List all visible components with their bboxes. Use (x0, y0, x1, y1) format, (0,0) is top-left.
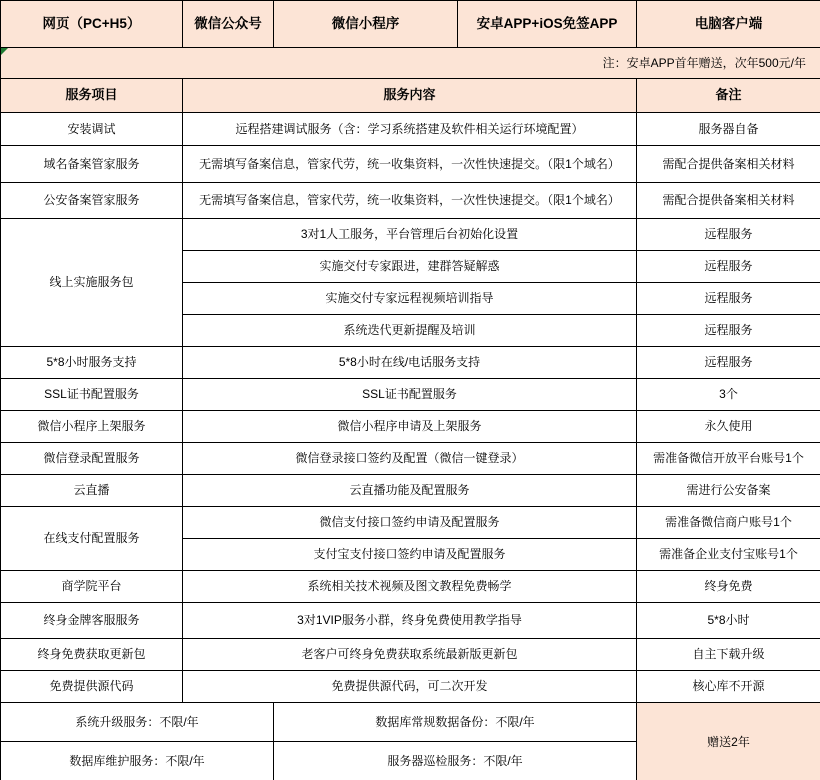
service-remark-cell: 终身免费 (637, 571, 820, 603)
platform-wechat-official: 微信公众号 (183, 1, 274, 48)
service-item-cell: 终身金牌客服服务 (1, 603, 183, 639)
column-header-row: 服务项目 服务内容 备注 (1, 79, 820, 113)
table-row: 公安备案管家服务 无需填写备案信息，管家代劳，统一收集资料，一次性快速提交。（限… (1, 183, 820, 219)
col-header-remark: 备注 (637, 79, 820, 113)
service-remark-cell: 需进行公安备案 (637, 475, 820, 507)
note-row: 注：安卓APP首年赠送，次年500元/年 (1, 48, 820, 79)
table-row: 安装调试 远程搭建调试服务（含：学习系统搭建及软件相关运行环境配置） 服务器自备 (1, 113, 820, 146)
service-remark-cell: 需准备微信开放平台账号1个 (637, 443, 820, 475)
service-remark-cell: 远程服务 (637, 219, 820, 251)
table-row: 终身免费获取更新包 老客户可终身免费获取系统最新版更新包 自主下载升级 (1, 639, 820, 671)
service-item-cell: 商学院平台 (1, 571, 183, 603)
service-content-cell: 实施交付专家远程视频培训指导 (183, 283, 637, 315)
service-table-sheet: 网页（PC+H5） 微信公众号 微信小程序 安卓APP+iOS免签APP 电脑客… (0, 0, 820, 780)
table-row: SSL证书配置服务 SSL证书配置服务 3个 (1, 379, 820, 411)
service-content-cell: 3对1VIP服务小群，终身免费使用教学指导 (183, 603, 637, 639)
note-cell: 注：安卓APP首年赠送，次年500元/年 (1, 48, 820, 79)
service-item-cell: 终身免费获取更新包 (1, 639, 183, 671)
service-remark-cell: 3个 (637, 379, 820, 411)
service-item-cell: 线上实施服务包 (1, 219, 183, 347)
platform-android-ios-app: 安卓APP+iOS免签APP (458, 1, 637, 48)
service-remark-cell: 核心库不开源 (637, 671, 820, 703)
service-remark-cell: 远程服务 (637, 315, 820, 347)
service-remark-cell: 永久使用 (637, 411, 820, 443)
service-item-cell: 微信登录配置服务 (1, 443, 183, 475)
service-remark-cell: 远程服务 (637, 283, 820, 315)
gift-cell: 赠送2年 (637, 703, 820, 780)
table-row: 5*8小时服务支持 5*8小时在线/电话服务支持 远程服务 (1, 347, 820, 379)
service-remark-cell: 远程服务 (637, 347, 820, 379)
footer-row: 系统升级服务：不限/年 数据库常规数据备份：不限/年 赠送2年 (1, 703, 820, 742)
service-item-cell: 安装调试 (1, 113, 183, 146)
table-row: 微信小程序上架服务 微信小程序申请及上架服务 永久使用 (1, 411, 820, 443)
service-content-cell: 微信登录接口签约及配置（微信一键登录） (183, 443, 637, 475)
note-text: 注：安卓APP首年赠送，次年500元/年 (603, 56, 806, 70)
service-item-cell: 公安备案管家服务 (1, 183, 183, 219)
platform-pc-client: 电脑客户端 (637, 1, 820, 48)
service-item-cell: 云直播 (1, 475, 183, 507)
table-row: 商学院平台 系统相关技术视频及图文教程免费畅学 终身免费 (1, 571, 820, 603)
service-content-cell: 云直播功能及配置服务 (183, 475, 637, 507)
platform-wechat-miniprogram: 微信小程序 (274, 1, 458, 48)
table-row: 云直播 云直播功能及配置服务 需进行公安备案 (1, 475, 820, 507)
table-row: 微信登录配置服务 微信登录接口签约及配置（微信一键登录） 需准备微信开放平台账号… (1, 443, 820, 475)
table-row: 终身金牌客服服务 3对1VIP服务小群，终身免费使用教学指导 5*8小时 (1, 603, 820, 639)
service-remark-cell: 远程服务 (637, 251, 820, 283)
service-content-cell: 5*8小时在线/电话服务支持 (183, 347, 637, 379)
service-item-cell: 在线支付配置服务 (1, 507, 183, 571)
table-row: 域名备案管家服务 无需填写备案信息，管家代劳，统一收集资料，一次性快速提交。（限… (1, 146, 820, 183)
footer-mid-cell: 数据库常规数据备份：不限/年 (274, 703, 637, 742)
service-table: 网页（PC+H5） 微信公众号 微信小程序 安卓APP+iOS免签APP 电脑客… (0, 0, 820, 780)
col-header-content: 服务内容 (183, 79, 637, 113)
table-row: 在线支付配置服务 微信支付接口签约申请及配置服务 需准备微信商户账号1个 (1, 507, 820, 539)
platform-web: 网页（PC+H5） (1, 1, 183, 48)
service-remark-cell: 5*8小时 (637, 603, 820, 639)
service-content-cell: 实施交付专家跟进，建群答疑解惑 (183, 251, 637, 283)
service-content-cell: 无需填写备案信息，管家代劳，统一收集资料，一次性快速提交。（限1个域名） (183, 183, 637, 219)
service-content-cell: 无需填写备案信息，管家代劳，统一收集资料，一次性快速提交。（限1个域名） (183, 146, 637, 183)
col-header-item: 服务项目 (1, 79, 183, 113)
service-content-cell: 系统迭代更新提醒及培训 (183, 315, 637, 347)
service-remark-cell: 服务器自备 (637, 113, 820, 146)
service-remark-cell: 需配合提供备案相关材料 (637, 146, 820, 183)
service-remark-cell: 自主下载升级 (637, 639, 820, 671)
service-remark-cell: 需配合提供备案相关材料 (637, 183, 820, 219)
table-row: 线上实施服务包 3对1人工服务，平台管理后台初始化设置 远程服务 (1, 219, 820, 251)
footer-mid-cell: 服务器巡检服务：不限/年 (274, 742, 637, 780)
service-item-cell: SSL证书配置服务 (1, 379, 183, 411)
service-content-cell: 老客户可终身免费获取系统最新版更新包 (183, 639, 637, 671)
service-content-cell: 远程搭建调试服务（含：学习系统搭建及软件相关运行环境配置） (183, 113, 637, 146)
service-item-cell: 免费提供源代码 (1, 671, 183, 703)
service-content-cell: 支付宝支付接口签约申请及配置服务 (183, 539, 637, 571)
service-content-cell: 微信支付接口签约申请及配置服务 (183, 507, 637, 539)
service-remark-cell: 需准备微信商户账号1个 (637, 507, 820, 539)
service-remark-cell: 需准备企业支付宝账号1个 (637, 539, 820, 571)
table-row: 免费提供源代码 免费提供源代码，可二次开发 核心库不开源 (1, 671, 820, 703)
service-item-cell: 5*8小时服务支持 (1, 347, 183, 379)
service-content-cell: 系统相关技术视频及图文教程免费畅学 (183, 571, 637, 603)
service-content-cell: SSL证书配置服务 (183, 379, 637, 411)
service-item-cell: 微信小程序上架服务 (1, 411, 183, 443)
footer-left-cell: 系统升级服务：不限/年 (1, 703, 274, 742)
service-item-cell: 域名备案管家服务 (1, 146, 183, 183)
service-content-cell: 3对1人工服务，平台管理后台初始化设置 (183, 219, 637, 251)
footer-left-cell: 数据库维护服务：不限/年 (1, 742, 274, 780)
platform-header-row: 网页（PC+H5） 微信公众号 微信小程序 安卓APP+iOS免签APP 电脑客… (1, 1, 820, 48)
service-content-cell: 免费提供源代码，可二次开发 (183, 671, 637, 703)
excel-error-flag-icon (1, 48, 8, 55)
service-content-cell: 微信小程序申请及上架服务 (183, 411, 637, 443)
